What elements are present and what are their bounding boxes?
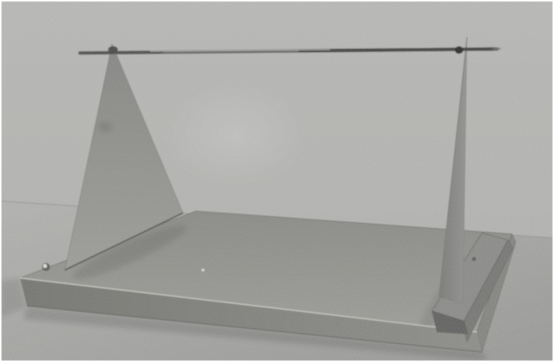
apparatus-photo	[0, 0, 554, 362]
grain-light-overlay	[0, 0, 554, 362]
